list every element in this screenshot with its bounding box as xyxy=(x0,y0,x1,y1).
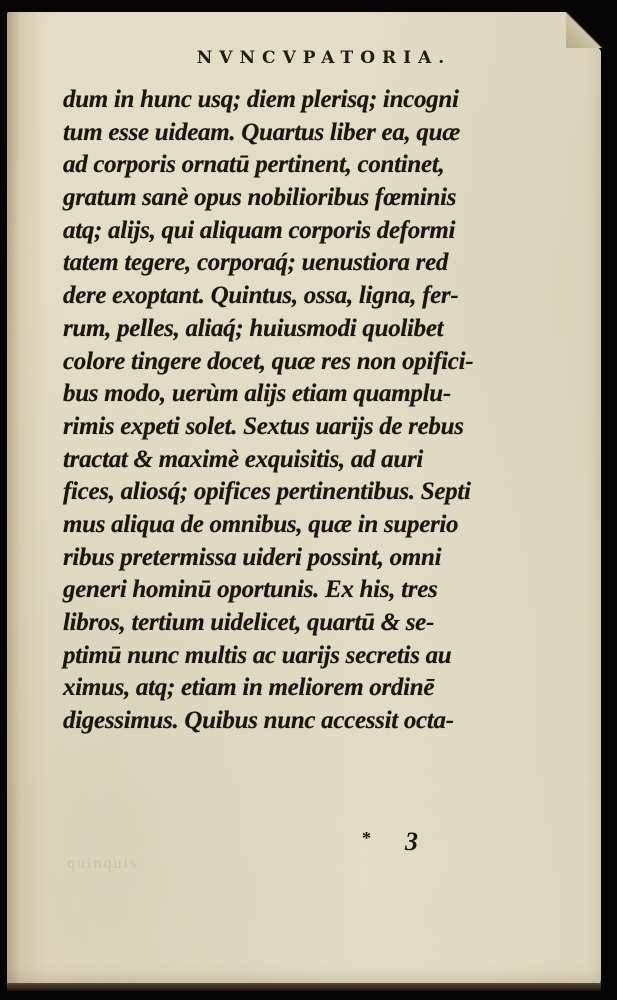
text-line: digessimus. Quibus nunc accessit octa- xyxy=(63,705,503,738)
text-line: ad corporis ornatū pertinent, continet, xyxy=(63,149,503,182)
signature-mark: * 3 xyxy=(362,827,418,857)
body-text: dum in hunc usq; diem plerisq; incogni t… xyxy=(63,84,503,738)
text-line: ptimū nunc multis ac uarijs secretis au xyxy=(63,640,503,673)
text-line: colore tingere docet, quæ res non opific… xyxy=(63,346,503,379)
asterisk-mark: * xyxy=(362,828,371,848)
text-line: dere exoptant. Quintus, ossa, ligna, fer… xyxy=(63,280,503,313)
book-page: NVNCVPATORIA. dum in hunc usq; diem pler… xyxy=(7,12,601,989)
text-line: libros, tertium uidelicet, quartū & se- xyxy=(63,607,503,640)
text-line: generi hominū oportunis. Ex his, tres xyxy=(63,574,503,607)
text-line: tum esse uideam. Quartus liber ea, quæ xyxy=(63,117,503,150)
text-line: gratum sanè opus nobilioribus fœminis xyxy=(63,182,503,215)
page-bottom-edge xyxy=(7,983,601,991)
text-line: dum in hunc usq; diem plerisq; incogni xyxy=(63,84,503,117)
show-through-text: quinquis xyxy=(67,855,138,873)
text-line: tatem tegere, corporaq́; uenustiora red xyxy=(63,247,503,280)
text-line: ribus pretermissa uideri possint, omni xyxy=(63,542,503,575)
signature-number: 3 xyxy=(405,827,418,856)
running-head: NVNCVPATORIA. xyxy=(7,48,601,68)
text-line: rimis expeti solet. Sextus uarijs de reb… xyxy=(63,411,503,444)
text-line: fices, aliosq́; opifices pertinentibus. … xyxy=(63,476,503,509)
text-line: ximus, atq; etiam in meliorem ordinē xyxy=(63,672,503,705)
scanned-page-view: NVNCVPATORIA. dum in hunc usq; diem pler… xyxy=(0,0,617,1000)
text-line: mus aliqua de omnibus, quæ in superio xyxy=(63,509,503,542)
text-line: atq; alijs, qui aliquam corporis deformi xyxy=(63,215,503,248)
text-line: tractat & maximè exquisitis, ad auri xyxy=(63,444,503,477)
text-line: rum, pelles, aliaq́; huiusmodi quolibet xyxy=(63,313,503,346)
dog-eared-corner xyxy=(566,12,602,48)
text-line: bus modo, uerùm alijs etiam quamplu- xyxy=(63,378,503,411)
